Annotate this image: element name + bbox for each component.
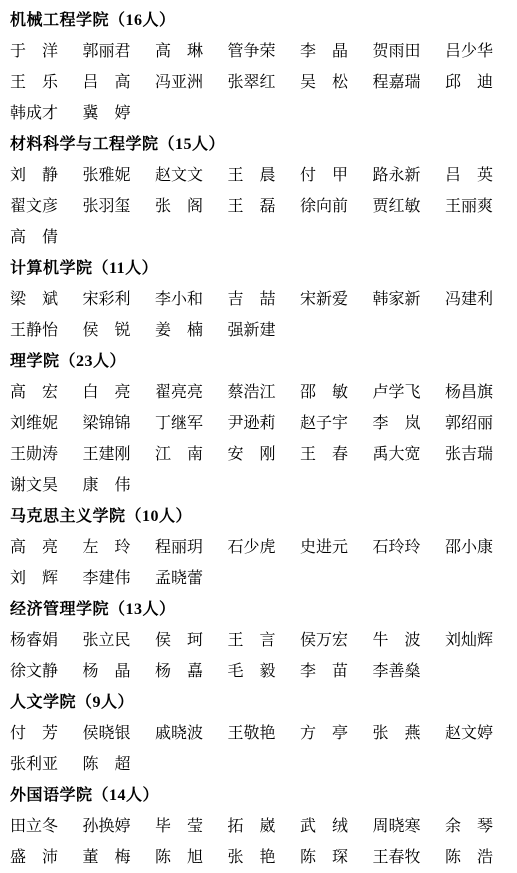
college-section: 马克思主义学院（10人）高亮左玲程丽玥石少虎史进元石玲玲邵小康刘辉李建伟孟晓蕾 (10, 501, 509, 594)
person-name: 高琳 (155, 36, 203, 67)
person-name: 王静怡 (10, 315, 58, 346)
person-name: 杨嚞 (155, 656, 203, 687)
person-name: 冯亚洲 (155, 67, 203, 98)
person-name: 姜楠 (155, 315, 203, 346)
person-name: 李善燊 (373, 656, 421, 687)
person-name: 翟文彦 (10, 191, 58, 222)
person-name: 周晓寒 (373, 811, 421, 842)
college-heading: 人文学院（9人） (10, 687, 509, 718)
person-name: 王春牧 (373, 842, 421, 873)
person-name: 陈超 (83, 749, 131, 780)
person-name: 冀婷 (83, 98, 131, 129)
person-name: 史进元 (300, 532, 348, 563)
person-name: 宋新爱 (300, 284, 348, 315)
person-name: 陈旭 (155, 842, 203, 873)
person-name: 梁斌 (10, 284, 58, 315)
person-name: 刘辉 (10, 563, 58, 594)
college-heading: 计算机学院（11人） (10, 253, 509, 284)
name-list: 于洋郭丽君高琳管争荣李晶贺雨田吕少华王乐吕高冯亚洲张翠红吴松程嘉瑞邱迪韩成才冀婷 (10, 36, 509, 129)
person-name: 杨晶 (83, 656, 131, 687)
person-name: 管争荣 (228, 36, 276, 67)
college-section: 经济管理学院（13人）杨睿娟张立民侯珂王言侯万宏牛波刘灿辉徐文静杨晶杨嚞毛毅李苗… (10, 594, 509, 687)
person-name: 刘维妮 (10, 408, 58, 439)
name-list: 杨睿娟张立民侯珂王言侯万宏牛波刘灿辉徐文静杨晶杨嚞毛毅李苗李善燊 (10, 625, 509, 687)
person-name: 赵文文 (155, 160, 203, 191)
person-name: 王勋涛 (10, 439, 58, 470)
person-name: 卢学飞 (373, 377, 421, 408)
college-section: 材料科学与工程学院（15人）刘静张雅妮赵文文王晨付甲路永新吕英翟文彦张羽玺张阁王… (10, 129, 509, 253)
person-name: 康伟 (83, 470, 131, 501)
person-name: 贾红敏 (373, 191, 421, 222)
person-name: 郭绍丽 (445, 408, 493, 439)
person-name: 张雅妮 (83, 160, 131, 191)
college-section: 理学院（23人）高宏白亮翟亮亮蔡浩江邵敏卢学飞杨昌旗刘维妮梁锦锦丁继军尹逊莉赵子… (10, 346, 509, 501)
name-list-document: 机械工程学院（16人）于洋郭丽君高琳管争荣李晶贺雨田吕少华王乐吕高冯亚洲张翠红吴… (0, 0, 517, 873)
person-name: 贺雨田 (373, 36, 421, 67)
person-name: 吕少华 (445, 36, 493, 67)
person-name: 白亮 (83, 377, 131, 408)
sections: 机械工程学院（16人）于洋郭丽君高琳管争荣李晶贺雨田吕少华王乐吕高冯亚洲张翠红吴… (10, 5, 509, 873)
person-name: 左玲 (83, 532, 131, 563)
person-name: 吉喆 (228, 284, 276, 315)
person-name: 张翠红 (228, 67, 276, 98)
person-name: 王磊 (228, 191, 276, 222)
name-list: 付芳侯晓银戚晓波王敬艳方亭张燕赵文婷张利亚陈超 (10, 718, 509, 780)
person-name: 付芳 (10, 718, 58, 749)
person-name: 宋彩利 (83, 284, 131, 315)
person-name: 杨昌旗 (445, 377, 493, 408)
person-name: 邵小康 (445, 532, 493, 563)
college-section: 计算机学院（11人）梁斌宋彩利李小和吉喆宋新爱韩家新冯建利王静怡侯锐姜楠强新建 (10, 253, 509, 346)
person-name: 陈浩 (445, 842, 493, 873)
person-name: 吴松 (300, 67, 348, 98)
person-name: 张利亚 (10, 749, 58, 780)
name-list: 高亮左玲程丽玥石少虎史进元石玲玲邵小康刘辉李建伟孟晓蕾 (10, 532, 509, 594)
person-name: 路永新 (373, 160, 421, 191)
person-name: 强新建 (228, 315, 276, 346)
person-name: 王言 (228, 625, 276, 656)
person-name: 王建刚 (83, 439, 131, 470)
person-name: 邱迪 (445, 67, 493, 98)
person-name: 杨睿娟 (10, 625, 58, 656)
person-name: 张阁 (155, 191, 203, 222)
person-name: 高倩 (10, 222, 58, 253)
person-name: 戚晓波 (155, 718, 203, 749)
person-name: 毕莹 (155, 811, 203, 842)
person-name: 付甲 (300, 160, 348, 191)
person-name: 张艳 (228, 842, 276, 873)
person-name: 张吉瑞 (445, 439, 493, 470)
person-name: 邵敏 (300, 377, 348, 408)
person-name: 徐文静 (10, 656, 58, 687)
person-name: 高宏 (10, 377, 58, 408)
person-name: 王丽爽 (445, 191, 493, 222)
person-name: 毛毅 (228, 656, 276, 687)
person-name: 赵文婷 (445, 718, 493, 749)
person-name: 方亭 (300, 718, 348, 749)
person-name: 丁继军 (155, 408, 203, 439)
name-list: 刘静张雅妮赵文文王晨付甲路永新吕英翟文彦张羽玺张阁王磊徐向前贾红敏王丽爽高倩 (10, 160, 509, 253)
person-name: 李晶 (300, 36, 348, 67)
person-name: 余琴 (445, 811, 493, 842)
name-list: 高宏白亮翟亮亮蔡浩江邵敏卢学飞杨昌旗刘维妮梁锦锦丁继军尹逊莉赵子宇李岚郭绍丽王勋… (10, 377, 509, 501)
person-name: 侯锐 (83, 315, 131, 346)
person-name: 吕高 (83, 67, 131, 98)
person-name: 禹大宽 (373, 439, 421, 470)
person-name: 江南 (155, 439, 203, 470)
person-name: 孙换婷 (83, 811, 131, 842)
person-name: 韩家新 (373, 284, 421, 315)
person-name: 李岚 (373, 408, 421, 439)
person-name: 梁锦锦 (83, 408, 131, 439)
person-name: 张羽玺 (83, 191, 131, 222)
person-name: 程嘉瑞 (373, 67, 421, 98)
person-name: 安刚 (228, 439, 276, 470)
person-name: 郭丽君 (83, 36, 131, 67)
person-name: 石少虎 (228, 532, 276, 563)
person-name: 石玲玲 (373, 532, 421, 563)
person-name: 李苗 (300, 656, 348, 687)
person-name: 李小和 (155, 284, 203, 315)
person-name: 王春 (300, 439, 348, 470)
person-name: 赵子宇 (300, 408, 348, 439)
person-name: 王晨 (228, 160, 276, 191)
college-section: 外国语学院（14人）田立冬孙换婷毕莹拓崴武绒周晓寒余琴盛沛董梅陈旭张艳陈琛王春牧… (10, 780, 509, 873)
person-name: 王乐 (10, 67, 58, 98)
person-name: 王敬艳 (228, 718, 276, 749)
person-name: 冯建利 (445, 284, 493, 315)
person-name: 李建伟 (83, 563, 131, 594)
college-heading: 材料科学与工程学院（15人） (10, 129, 509, 160)
person-name: 孟晓蕾 (155, 563, 203, 594)
college-heading: 经济管理学院（13人） (10, 594, 509, 625)
person-name: 高亮 (10, 532, 58, 563)
name-list: 梁斌宋彩利李小和吉喆宋新爱韩家新冯建利王静怡侯锐姜楠强新建 (10, 284, 509, 346)
person-name: 吕英 (445, 160, 493, 191)
college-heading: 外国语学院（14人） (10, 780, 509, 811)
person-name: 侯珂 (155, 625, 203, 656)
name-list: 田立冬孙换婷毕莹拓崴武绒周晓寒余琴盛沛董梅陈旭张艳陈琛王春牧陈浩 (10, 811, 509, 873)
person-name: 徐向前 (300, 191, 348, 222)
college-heading: 理学院（23人） (10, 346, 509, 377)
person-name: 程丽玥 (155, 532, 203, 563)
person-name: 董梅 (83, 842, 131, 873)
person-name: 翟亮亮 (155, 377, 203, 408)
person-name: 武绒 (300, 811, 348, 842)
person-name: 侯晓银 (83, 718, 131, 749)
person-name: 刘静 (10, 160, 58, 191)
college-section: 机械工程学院（16人）于洋郭丽君高琳管争荣李晶贺雨田吕少华王乐吕高冯亚洲张翠红吴… (10, 5, 509, 129)
person-name: 张立民 (83, 625, 131, 656)
person-name: 张燕 (373, 718, 421, 749)
person-name: 刘灿辉 (445, 625, 493, 656)
person-name: 田立冬 (10, 811, 58, 842)
person-name: 拓崴 (228, 811, 276, 842)
college-section: 人文学院（9人）付芳侯晓银戚晓波王敬艳方亭张燕赵文婷张利亚陈超 (10, 687, 509, 780)
person-name: 韩成才 (10, 98, 58, 129)
person-name: 谢文昊 (10, 470, 58, 501)
person-name: 侯万宏 (300, 625, 348, 656)
person-name: 陈琛 (300, 842, 348, 873)
person-name: 蔡浩江 (228, 377, 276, 408)
person-name: 于洋 (10, 36, 58, 67)
person-name: 牛波 (373, 625, 421, 656)
college-heading: 机械工程学院（16人） (10, 5, 509, 36)
person-name: 盛沛 (10, 842, 58, 873)
person-name: 尹逊莉 (228, 408, 276, 439)
college-heading: 马克思主义学院（10人） (10, 501, 509, 532)
